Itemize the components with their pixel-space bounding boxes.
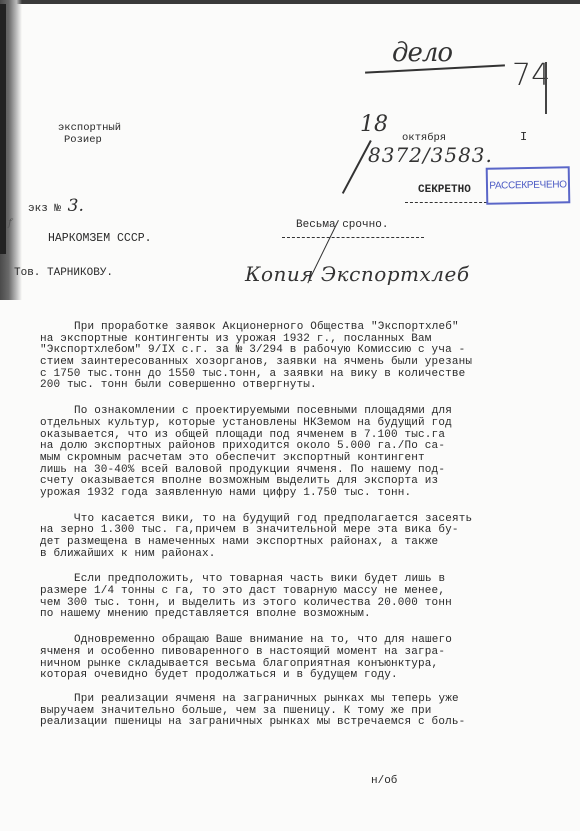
paragraph-line: При реализации ячменя на заграничных рын… [40, 694, 560, 706]
paragraph-line: мым скромным расчетам это обеспечит эксп… [40, 453, 560, 465]
paragraph-line: которая очевидно будет продолжаться и в … [40, 670, 560, 682]
copy-number-value: 3. [68, 196, 84, 216]
registration-number: 8372/3583. [368, 143, 493, 167]
date-day: 18 [360, 112, 388, 137]
classification-label: СЕКРЕТНО [418, 184, 471, 196]
paragraph-line: дет размещена в намеченных нами экспортн… [40, 537, 560, 549]
scan-top-border [0, 0, 580, 4]
classification-underline [405, 202, 487, 203]
department-person: Розиер [58, 134, 121, 146]
addressee-organization: НАРКОМЗЕМ СССР. [48, 232, 152, 245]
continuation-mark: н/об [371, 775, 397, 787]
paragraph: Что касается вики, то на будущий год пре… [40, 514, 560, 561]
handwritten-stroke [545, 62, 547, 114]
copy-number: экз № 3. [28, 196, 84, 216]
registration-slash-stroke [342, 140, 371, 194]
paragraph-line: по нашему мнению представляется вполне в… [40, 609, 560, 621]
paragraph-line: отдельных культур, которые установлены Н… [40, 418, 560, 430]
scan-left-edge [0, 4, 6, 254]
paragraph-line: стием заинтересованных хозорганов, заявк… [40, 357, 560, 369]
paragraph: Если предположить, что товарная часть ви… [40, 574, 560, 621]
paragraph-line: При проработке заявок Акционерного Общес… [40, 322, 560, 334]
paragraph: По ознакомлении с проектируемыми посевны… [40, 406, 560, 500]
margin-mark: f [8, 218, 12, 229]
paragraph-line: ячменя и особенно пивоваренного в настоя… [40, 647, 560, 659]
paragraph: При реализации ячменя на заграничных рын… [40, 694, 560, 729]
paragraph-line: 200 тыс. тонн были совершенно отвергнуты… [40, 380, 560, 392]
handwritten-file-note: дело [392, 38, 452, 68]
addressee-person: Тов. ТАРНИКОВУ. [14, 267, 113, 279]
paragraph-line: в ближайших к ним районах. [40, 549, 560, 561]
paragraph: Одновременно обращаю Ваше внимание на то… [40, 635, 560, 682]
paragraph-line: размере 1/4 тонны с га, то это даст това… [40, 586, 560, 598]
declassified-stamp: РАССЕКРЕЧЕНО [486, 166, 571, 204]
department-name: экспортный [58, 122, 121, 134]
handwritten-resolution: Копия Экспортхлеб [245, 262, 470, 286]
paragraph: При проработке заявок Акционерного Общес… [40, 322, 560, 392]
department-block: экспортный Розиер [58, 122, 121, 146]
copy-label: экз № [28, 203, 61, 215]
paragraph-line: реализации пшеницы на заграничных рынках… [40, 717, 560, 729]
date-year: I [520, 130, 527, 144]
urgency-underline [282, 237, 424, 238]
paragraph-line: урожая 1932 года заявленную нами цифру 1… [40, 488, 560, 500]
letter-body: При проработке заявок Акционерного Общес… [40, 322, 560, 740]
urgency-label: Весьма срочно. [296, 219, 388, 231]
